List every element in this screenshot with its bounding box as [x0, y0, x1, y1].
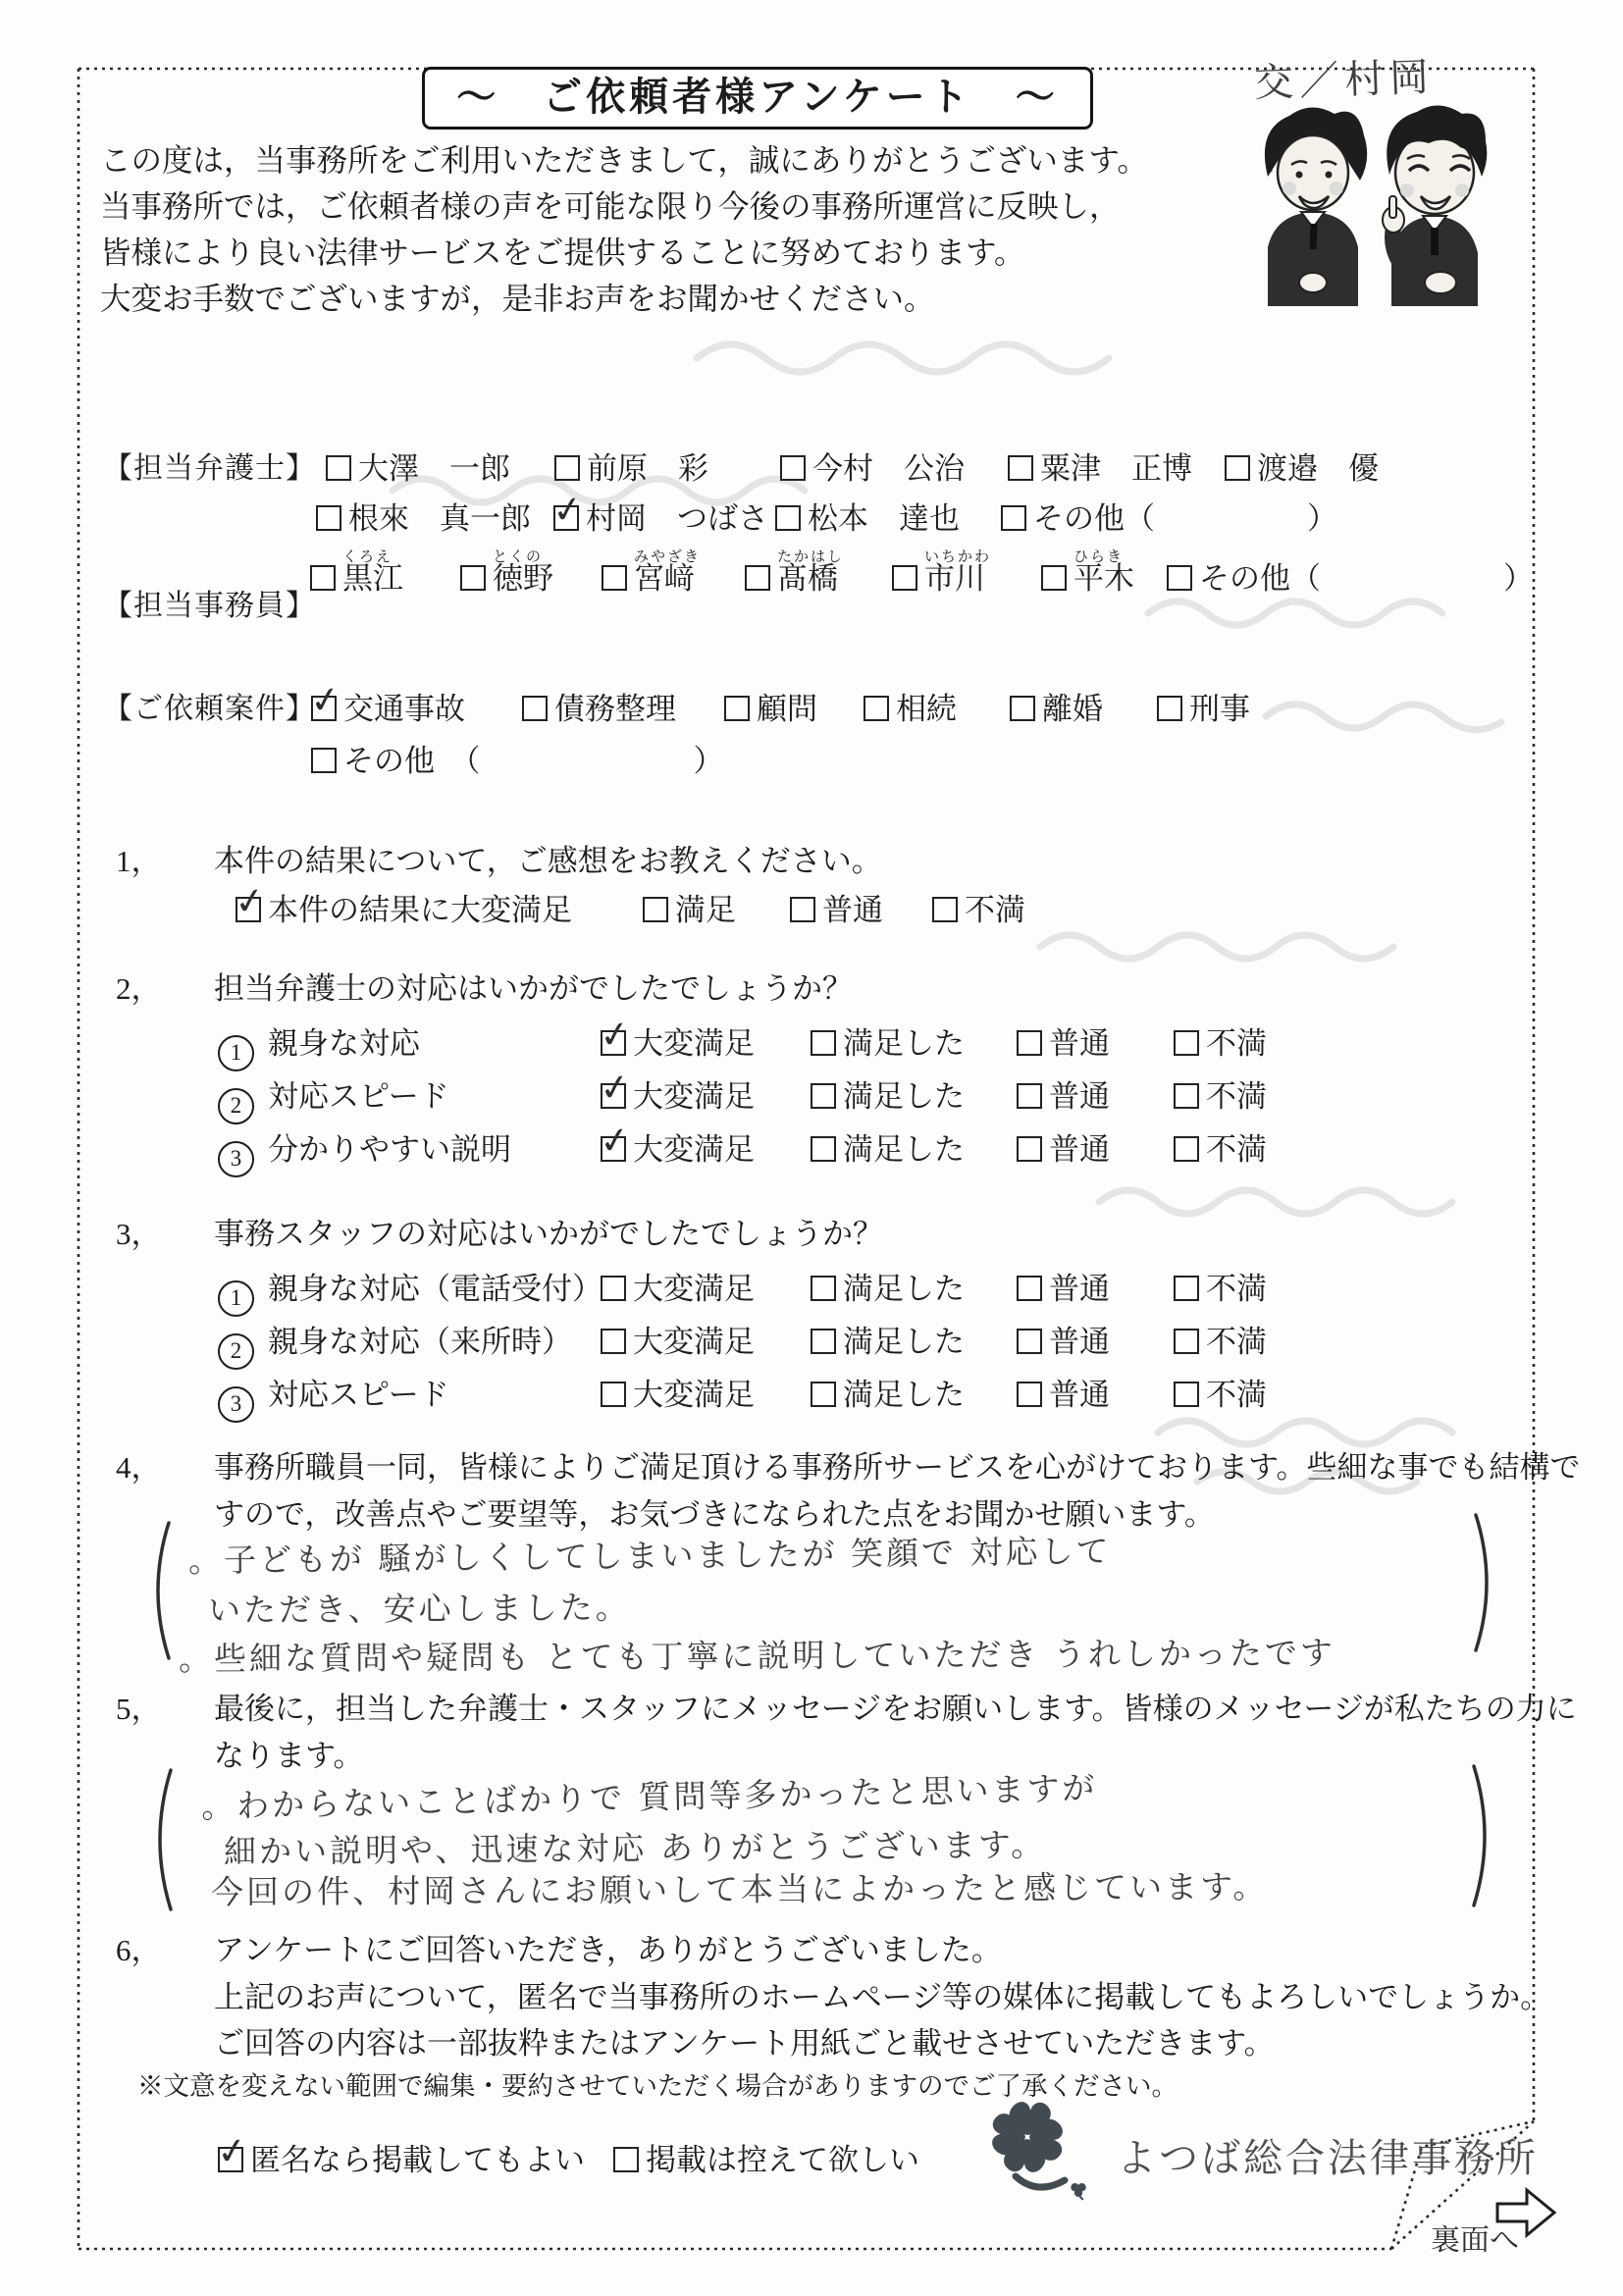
checkbox-q3r1-sat[interactable] — [811, 1276, 836, 1301]
q1-question: 本件の結果について，ご感想をお教えください。 — [214, 836, 882, 880]
case-section-label: 【ご依頼案件】 — [103, 684, 316, 727]
q2-row1-satisfied: 満足した — [811, 1018, 965, 1063]
q3-row3-very-satisfied: 大変満足 — [601, 1370, 755, 1414]
lawyer-option-matsumoto: 松本 達也 — [775, 494, 960, 538]
q4-question-line1: 事務所職員一同，皆様によりご満足頂ける事務所サービスを心がけております。些細な事… — [214, 1442, 1581, 1487]
checkbox-no-publish[interactable] — [613, 2147, 639, 2172]
q3-row2-very-satisfied: 大変満足 — [601, 1317, 755, 1361]
q4-close-paren — [1472, 1511, 1501, 1654]
checkbox-q2r2-sat[interactable] — [811, 1083, 836, 1109]
checkbox-maehara[interactable] — [554, 455, 580, 481]
q3-row1-label: 1親身な対応（電話受付） — [218, 1264, 602, 1317]
checkbox-matsumoto[interactable] — [775, 505, 801, 531]
q2-row2-label: 2対応スピード — [218, 1071, 449, 1124]
q4-handwritten-answer-line3: 。些細な質問や疑問も とても丁寧に説明していただき うれしかったです — [179, 1628, 1335, 1680]
checkbox-inheritance[interactable] — [864, 696, 889, 721]
staff-option-miyazaki: みやざき 宮﨑 — [602, 549, 701, 591]
q1-option-dissatisfied: 不満 — [932, 885, 1025, 929]
lawyer-section-label: 【担当弁護士】 — [103, 444, 316, 487]
checkbox-q3r1-neu[interactable] — [1017, 1276, 1042, 1301]
q2-row2-satisfied: 満足した — [811, 1071, 965, 1116]
q5-question-line2: なります。 — [214, 1731, 364, 1775]
checkbox-awazu[interactable] — [1008, 455, 1033, 481]
checkbox-q2r3-very[interactable]: ✓ — [601, 1136, 626, 1162]
checkbox-case-other[interactable] — [311, 748, 337, 773]
q1-option-neutral: 普通 — [790, 885, 883, 929]
checkbox-lawyer-other[interactable] — [1001, 505, 1026, 531]
intro-paragraph: この度は，当事務所をご利用いただきまして，誠にありがとうございます。 当事務所で… — [100, 137, 1148, 322]
q5-close-paren — [1470, 1762, 1499, 1909]
staff-option-kuroe: くろえ 黒江 — [310, 549, 403, 591]
checkbox-q2r2-very[interactable]: ✓ — [601, 1083, 626, 1109]
checkbox-q1-dissatisfied[interactable] — [932, 897, 958, 922]
q2-row1-very-satisfied: ✓大変満足 — [601, 1018, 755, 1063]
checkbox-q2r3-dis[interactable] — [1174, 1136, 1199, 1162]
q5-handwritten-answer-line3: 今回の件、村岡さんにお願いして本当によかったと感じています。 — [211, 1861, 1269, 1913]
q2-row3-dissatisfied: 不満 — [1174, 1124, 1267, 1169]
checkbox-q3r1-dis[interactable] — [1174, 1276, 1199, 1301]
checkbox-advisor[interactable] — [724, 696, 750, 721]
checkbox-q2r3-sat[interactable] — [811, 1136, 836, 1162]
case-option-traffic: ✓交通事故 — [311, 684, 465, 728]
q3-number: 3， — [116, 1209, 162, 1253]
checkbox-q3r3-neu[interactable] — [1017, 1382, 1042, 1407]
q6-number: 6， — [116, 1925, 162, 1969]
intro-line: この度は，当事務所をご利用いただきまして，誠にありがとうございます。 — [100, 137, 1148, 183]
staff-option-hiraki: ひらき 平木 — [1041, 549, 1134, 591]
checkbox-q3r3-sat[interactable] — [811, 1382, 836, 1407]
case-option-other: その他 （ ） — [311, 736, 724, 780]
q4-handwritten-answer-line2: いただき、安心しました。 — [208, 1582, 631, 1631]
q6-line1: アンケートにご回答いただき，ありがとうございました。 — [214, 1925, 1002, 1969]
checkbox-hiraki[interactable] — [1041, 565, 1067, 591]
checkbox-q3r3-very[interactable] — [601, 1382, 626, 1407]
checkbox-kuroe[interactable] — [310, 565, 336, 591]
case-option-inheritance: 相続 — [864, 684, 957, 728]
q2-number: 2， — [116, 964, 162, 1008]
lawyer-option-other: その他（ ） — [1001, 494, 1337, 538]
q2-row2-very-satisfied: ✓大変満足 — [601, 1071, 755, 1116]
checkbox-q3r2-very[interactable] — [601, 1329, 626, 1354]
checkbox-q2r1-sat[interactable] — [811, 1030, 836, 1056]
q3-row1-neutral: 普通 — [1017, 1264, 1110, 1308]
survey-form-page: ～ ご依頼者様アンケート ～ 交／村岡 — [0, 0, 1623, 2296]
q5-open-paren — [145, 1766, 175, 1913]
consent-option-anonymous-ok: ✓匿名なら掲載してもよい — [218, 2135, 585, 2179]
checkbox-q3r2-dis[interactable] — [1174, 1329, 1199, 1354]
checkbox-osawa[interactable] — [326, 455, 351, 481]
checkbox-q2r1-dis[interactable] — [1174, 1030, 1199, 1056]
staff-option-takahashi: たかはし 髙橋 — [745, 549, 844, 591]
case-option-advisor: 顧問 — [724, 684, 817, 728]
q3-row1-very-satisfied: 大変満足 — [601, 1264, 755, 1308]
q3-row2-dissatisfied: 不満 — [1174, 1317, 1267, 1361]
q4-open-paren — [143, 1519, 173, 1662]
checkbox-watanabe[interactable] — [1225, 455, 1250, 481]
checkbox-q3r2-neu[interactable] — [1017, 1329, 1042, 1354]
case-option-criminal: 刑事 — [1157, 684, 1250, 728]
q3-row1-dissatisfied: 不満 — [1174, 1264, 1267, 1308]
checkbox-q2r3-neu[interactable] — [1017, 1136, 1042, 1162]
checkbox-q2r2-dis[interactable] — [1174, 1083, 1199, 1109]
checkbox-debt[interactable] — [522, 696, 548, 721]
q2-row1-dissatisfied: 不満 — [1174, 1018, 1267, 1063]
q3-row3-neutral: 普通 — [1017, 1370, 1110, 1414]
checkbox-ichikawa[interactable] — [892, 565, 917, 591]
q3-row2-label: 2親身な対応（来所時） — [218, 1317, 572, 1370]
q2-row3-satisfied: 満足した — [811, 1124, 965, 1169]
q2-row3-very-satisfied: ✓大変満足 — [601, 1124, 755, 1169]
q2-row1-label: 1親身な対応 — [218, 1018, 420, 1071]
q4-handwritten-answer-line1: 。子どもが 騒がしくしてしまいましたが 笑顔で 対応して — [188, 1526, 1112, 1582]
lawyer-option-imamura: 今村 公治 — [780, 444, 965, 488]
checkbox-staff-other[interactable] — [1167, 565, 1192, 591]
case-option-debt: 債務整理 — [522, 684, 676, 728]
lawyer-option-watanabe: 渡邉 優 — [1225, 444, 1379, 488]
q2-row1-neutral: 普通 — [1017, 1018, 1110, 1063]
q5-number: 5， — [116, 1684, 162, 1728]
checkbox-q3r2-sat[interactable] — [811, 1329, 836, 1354]
q1-option-satisfied: 満足 — [643, 885, 736, 929]
checkbox-q1-neutral[interactable] — [790, 897, 815, 922]
checkbox-divorce[interactable] — [1010, 696, 1035, 721]
staff-option-other: その他（ ） — [1167, 549, 1534, 591]
q3-row2-satisfied: 満足した — [811, 1317, 965, 1361]
consent-option-no-publish: 掲載は控えて欲しい — [613, 2135, 919, 2179]
q2-question: 担当弁護士の対応はいかがでしたでしょうか？ — [214, 964, 853, 1008]
checkbox-anonymous-ok[interactable]: ✓ — [218, 2147, 243, 2172]
staff-section-label: 【担当事務員】 — [103, 581, 316, 624]
q3-question: 事務スタッフの対応はいかがでしたでしょうか？ — [214, 1209, 883, 1253]
lawyer-option-awazu: 粟津 正博 — [1008, 444, 1192, 488]
checkbox-q2r1-neu[interactable] — [1017, 1030, 1042, 1056]
case-option-divorce: 離婚 — [1010, 684, 1103, 728]
checkbox-muraoka[interactable]: ✓ — [553, 505, 579, 531]
checkbox-takahashi[interactable] — [745, 565, 770, 591]
lawyer-option-osawa: 大澤 一郎 — [326, 444, 510, 488]
q3-row3-satisfied: 満足した — [811, 1370, 965, 1414]
q4-number: 4， — [116, 1442, 162, 1487]
firm-name: よつば総合法律事務所 — [1117, 2127, 1539, 2183]
checkbox-tokuno[interactable] — [460, 565, 486, 591]
q3-row1-satisfied: 満足した — [811, 1264, 965, 1308]
staff-option-ichikawa: いちかわ 市川 — [892, 549, 991, 591]
q1-number: 1， — [116, 836, 162, 880]
q3-row3-label: 3対応スピード — [218, 1370, 449, 1423]
intro-line: 大変お手数でございますが，是非お声をお聞かせください。 — [100, 276, 1148, 322]
back-arrow-icon — [1495, 2184, 1558, 2241]
checkbox-q1-very-satisfied[interactable]: ✓ — [236, 897, 261, 922]
lawyer-option-muraoka: ✓村岡 つばさ — [553, 494, 768, 538]
q3-row2-neutral: 普通 — [1017, 1317, 1110, 1361]
lawyers-illustration — [1229, 90, 1523, 306]
q5-question-line1: 最後に，担当した弁護士・スタッフにメッセージをお願いします。皆様のメッセージが私… — [214, 1684, 1577, 1728]
checkbox-q3r3-dis[interactable] — [1174, 1382, 1199, 1407]
checkbox-traffic-accident[interactable]: ✓ — [311, 696, 337, 721]
checkbox-negoro[interactable] — [316, 505, 341, 531]
checkbox-q2r2-neu[interactable] — [1017, 1083, 1042, 1109]
lawyer-option-maehara: 前原 彩 — [554, 444, 708, 488]
q1-option-very-satisfied: ✓本件の結果に大変満足 — [236, 885, 572, 929]
lawyer-option-negoro: 根來 真一郎 — [316, 494, 531, 538]
q2-row2-dissatisfied: 不満 — [1174, 1071, 1267, 1116]
checkbox-imamura[interactable] — [780, 455, 806, 481]
q2-row2-neutral: 普通 — [1017, 1071, 1110, 1116]
q3-row3-dissatisfied: 不満 — [1174, 1370, 1267, 1414]
checkbox-q3r1-very[interactable] — [601, 1276, 626, 1301]
checkbox-q2r1-very[interactable]: ✓ — [601, 1030, 626, 1056]
q2-row3-label: 3分かりやすい説明 — [218, 1124, 511, 1177]
checkbox-miyazaki[interactable] — [602, 565, 627, 591]
staff-option-tokuno: とくの 徳野 — [460, 549, 553, 591]
form-title: ～ ご依頼者様アンケート ～ — [422, 67, 1093, 130]
clover-logo-icon — [976, 2092, 1104, 2208]
q6-line3: ご回答の内容は一部抜粋またはアンケート用紙ごと載せさせていただきます。 — [214, 2018, 1275, 2062]
intro-line: 皆様により良い法律サービスをご提供することに努めております。 — [100, 230, 1148, 276]
checkbox-q1-satisfied[interactable] — [643, 897, 668, 922]
intro-line: 当事務所では，ご依頼者様の声を可能な限り今後の事務所運営に反映し， — [100, 183, 1148, 230]
q2-row3-neutral: 普通 — [1017, 1124, 1110, 1169]
checkbox-criminal[interactable] — [1157, 696, 1182, 721]
q6-line2: 上記のお声について，匿名で当事務所のホームページ等の媒体に掲載してもよろしいでし… — [214, 1972, 1550, 2016]
